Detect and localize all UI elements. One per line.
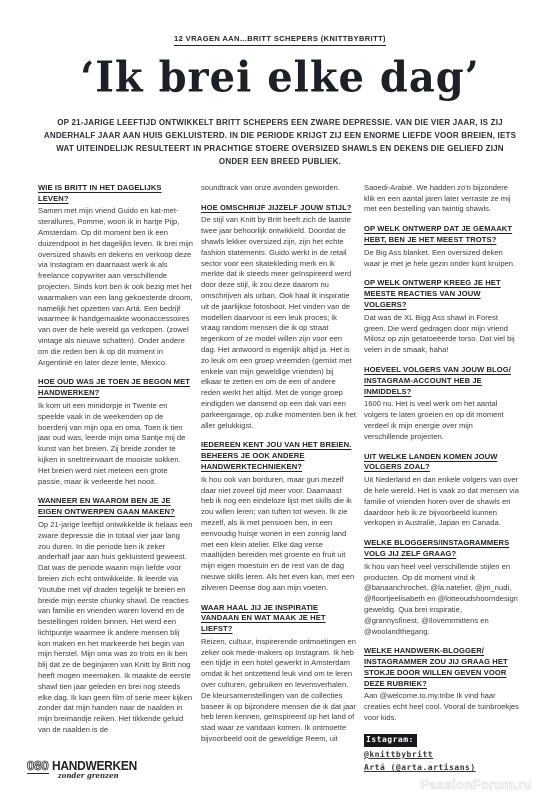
article-title: ‘Ik brei elke dag’: [0, 53, 560, 102]
answer: Reizen, cultuur, inspirerende ontmoeting…: [201, 637, 356, 745]
instagram-block: Istagram: @knittbybritt Artá (@arta.arti…: [364, 734, 519, 774]
answer: Uit Nederland en dan enkele volgers van …: [364, 475, 519, 529]
question: IEDEREEN KENT JOU VAN HET BREIEN. BEHEER…: [201, 440, 356, 472]
answer: De stijl van Knitt by Britt heeft zich d…: [201, 215, 356, 431]
question: OP WELK ONTWERP KREEG JE HET MEESTE REAC…: [364, 278, 519, 310]
article-columns: WIE IS BRITT IN HET DAGELIJKS LEVEN? Sam…: [0, 183, 560, 774]
answer: Aan @welcome.to.my.tribe Ik vind haar cr…: [364, 691, 519, 723]
instagram-label: Istagram:: [364, 734, 417, 747]
answer-continued: Saoedi-Arabië. We hadden zo'n bijzondere…: [364, 183, 519, 215]
answer: Op 21-jarige leeftijd ontwikkelde ik hel…: [38, 520, 193, 736]
magazine-tagline: zonder grenzen: [58, 772, 144, 780]
kicker-wrap: 12 VRAGEN AAN...BRITT SCHEPERS (KNITTBYB…: [0, 0, 560, 46]
article-kicker: 12 VRAGEN AAN...BRITT SCHEPERS (KNITTBYB…: [174, 34, 386, 46]
question: WANNEER EN WAAROM BEN JE JE EIGEN ONTWER…: [38, 496, 193, 518]
question: UIT WELKE LANDEN KOMEN JOUW VOLGERS ZOAL…: [364, 452, 519, 474]
instagram-handle-knittbybritt: @knittbybritt: [364, 750, 519, 761]
column-1: WIE IS BRITT IN HET DAGELIJKS LEVEN? Sam…: [38, 183, 193, 774]
magazine-page: 12 VRAGEN AAN...BRITT SCHEPERS (KNITTBYB…: [0, 0, 560, 800]
column-2: soundtrack van onze avonden geworden. HO…: [201, 183, 356, 774]
question: HOEVEEL VOLGERS VAN JOUW BLOG/ INSTAGRAM…: [364, 365, 519, 397]
article-intro: OP 21-JARIGE LEEFTIJD ONTWIKKELT BRITT S…: [41, 117, 519, 169]
page-number: 080: [27, 759, 49, 774]
question: HOE OMSCHRIJF JIJZELF JOUW STIJL?: [201, 203, 356, 214]
question: WELKE HANDWERK-BLOGGER/ INSTAGRAMMER ZOU…: [364, 646, 519, 689]
instagram-handle-arta-artisans: Artá (@arta.artisans): [364, 763, 519, 774]
answer: Ik hou ook van borduren, maar gun mezelf…: [201, 475, 356, 594]
magazine-name: HANDWERKEN: [52, 759, 137, 772]
column-3: Saoedi-Arabië. We hadden zo'n bijzondere…: [364, 183, 519, 774]
answer: Ik kom uit een minidorpje in Twente en s…: [38, 401, 193, 487]
magazine-footer-logo: 080 HANDWERKEN zonder grenzen: [27, 759, 144, 780]
answer-continued: soundtrack van onze avonden geworden.: [201, 183, 356, 194]
magazine-logo: HANDWERKEN zonder grenzen: [52, 759, 144, 780]
question: WELKE BLOGGERS/INSTAGRAMMERS VOLG JIJ ZE…: [364, 538, 519, 560]
answer: 1600 nu. Het is veel werk om het aantal …: [364, 399, 519, 442]
answer: De Big Ass blanket. Een oversized deken …: [364, 248, 519, 270]
question: WIE IS BRITT IN HET DAGELIJKS LEVEN?: [38, 183, 193, 205]
question: HOE OUD WAS JE TOEN JE BEGON MET HANDWER…: [38, 377, 193, 399]
question: WAAR HAAL JIJ JE INSPIRATIE VANDAAN EN W…: [201, 603, 356, 635]
answer: Samen met mijn vriend Guido en kat-met-s…: [38, 206, 193, 368]
answer: Dat was de XL Bigg Ass shawl in Forest g…: [364, 313, 519, 356]
answer: Ik hou van heel veel verschillende stijl…: [364, 562, 519, 638]
question: OP WELK ONTWERP DAT JE GEMAAKT HEBT, BEN…: [364, 224, 519, 246]
watermark: PassionForum.ru: [421, 777, 532, 792]
